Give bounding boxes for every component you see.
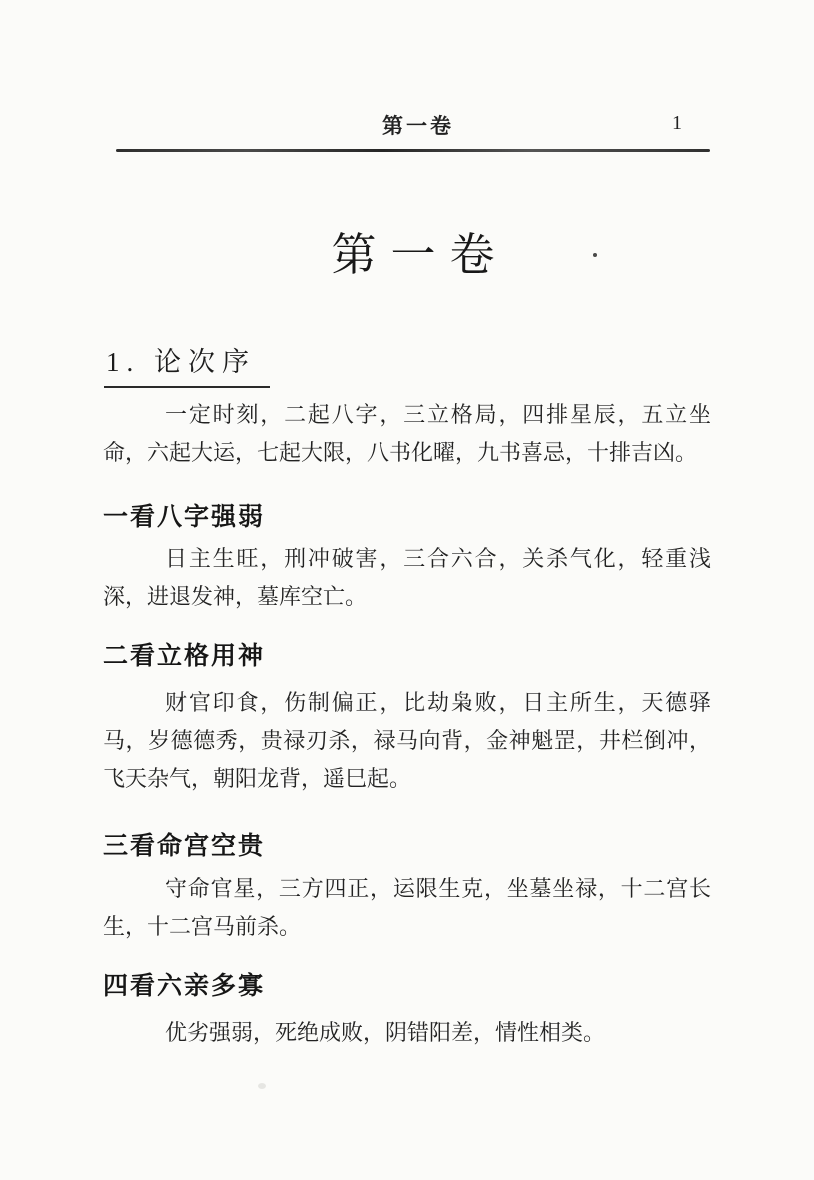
scanned-book-page: 第一卷 1 第一卷 1. 论次序 一定时刻，二起八字，三立格局，四排星辰，五立坐… [0, 0, 814, 1180]
paragraph-liuqin-duogua: 优劣强弱，死绝成败，阴错阳差，情性相类。 [103, 1014, 711, 1052]
page-number: 1 [672, 112, 682, 135]
paragraph-structure-yongshen: 财官印食，伤制偏正，比劫枭败，日主所生，天德驿马，岁德德秀，贵禄刃杀，禄马向背，… [103, 684, 711, 798]
subheading-structure-yongshen: 二看立格用神 [103, 636, 265, 672]
paragraph-bazi-strength: 日主生旺，刑冲破害，三合六合，关杀气化，轻重浅深，进退发神，墓库空亡。 [103, 540, 711, 616]
chapter-title: 第一卷 [0, 218, 814, 283]
paragraph-minggong-konggui: 守命官星，三方四正，运限生克，坐墓坐禄，十二宫长生，十二宫马前杀。 [103, 870, 711, 946]
subheading-bazi-strength: 一看八字强弱 [103, 497, 265, 533]
section-heading-lun-cixu: 1. 论次序 [104, 340, 270, 388]
scan-speck [258, 1083, 266, 1089]
stray-ink-dot [593, 253, 597, 257]
running-header-title: 第一卷 [0, 110, 814, 140]
paragraph-order-list: 一定时刻，二起八字，三立格局，四排星辰，五立坐命，六起大运，七起大限，八书化曜，… [103, 396, 711, 472]
subheading-minggong-konggui: 三看命宫空贵 [103, 826, 265, 862]
subheading-liuqin-duogua: 四看六亲多寡 [103, 966, 265, 1002]
header-rule [116, 149, 710, 152]
